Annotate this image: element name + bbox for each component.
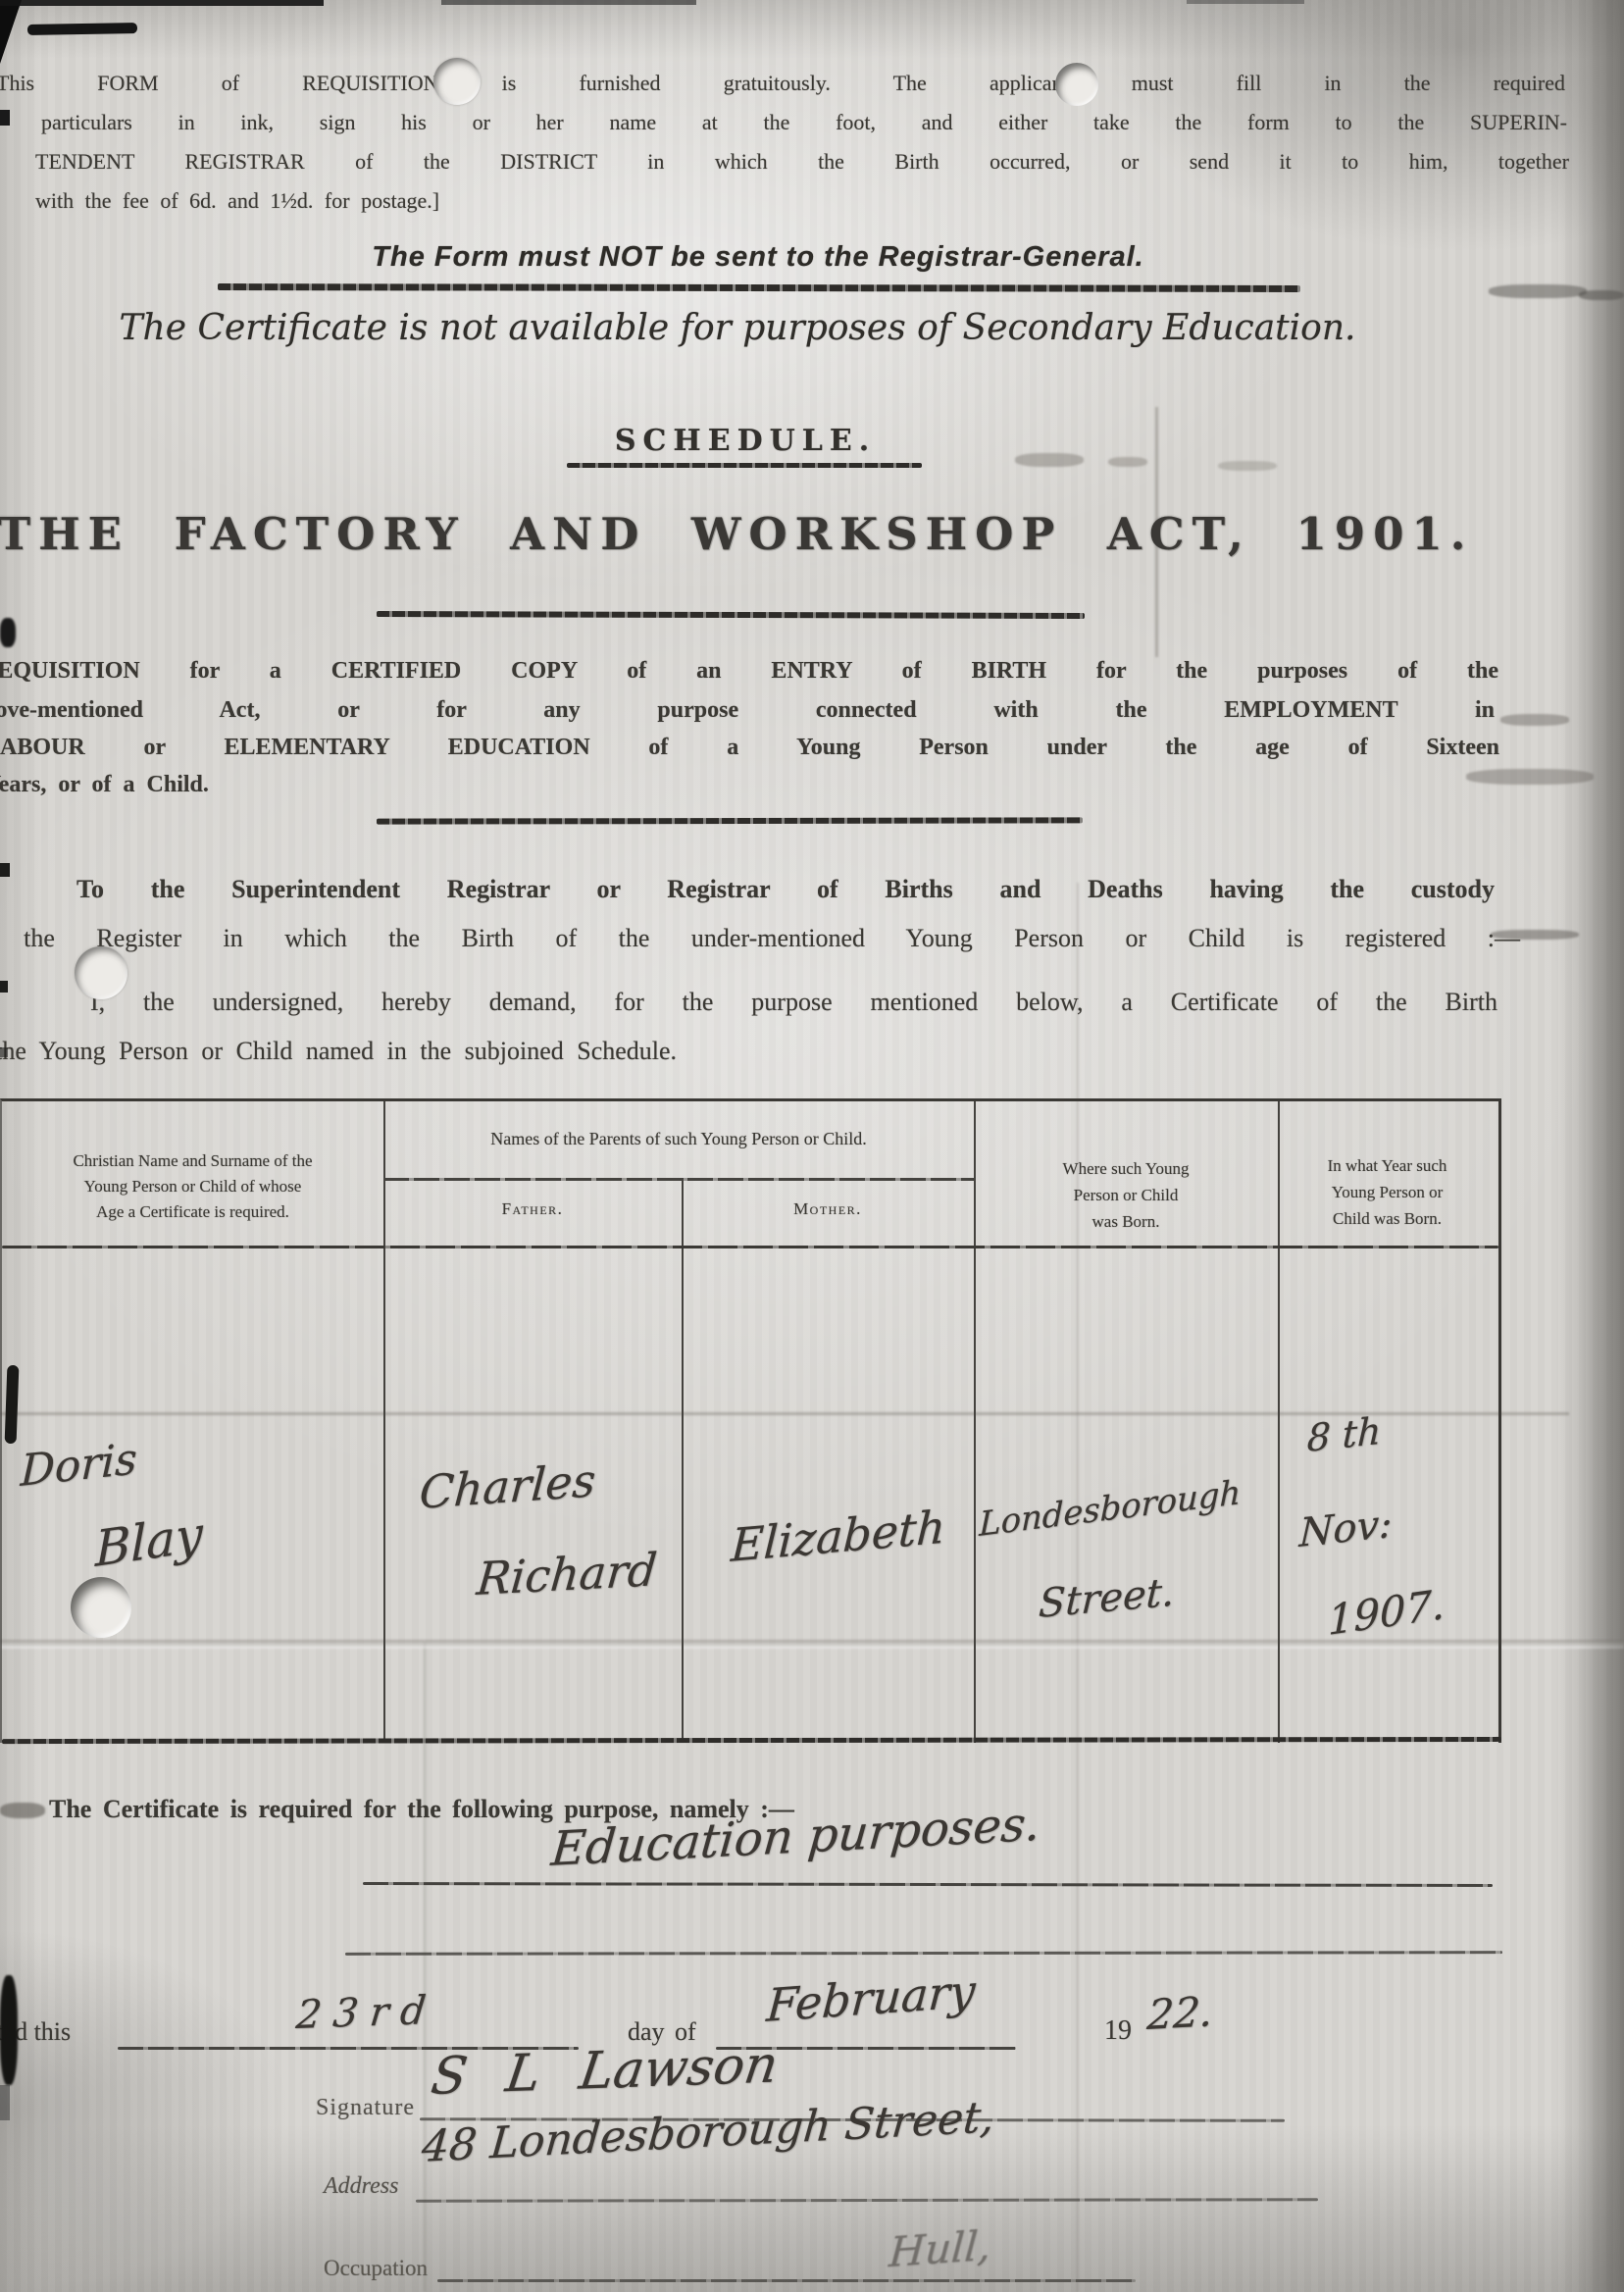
- entry-name-handwriting: Blay: [95, 1505, 203, 1578]
- edge-ink-mark: [0, 1047, 8, 1057]
- requisition-line: REQUISITION for a CERTIFIED COPY of an E…: [0, 655, 1498, 687]
- occupation-label: Occupation: [324, 2256, 428, 2281]
- table-column-divider: [682, 1178, 684, 1743]
- edge-ink-mark: [0, 863, 10, 877]
- purpose-ruled-line: [345, 1951, 1502, 1956]
- entry-name-handwriting: Doris: [20, 1434, 138, 1497]
- divider-rule: [377, 817, 1083, 824]
- toner-smudge: [1108, 457, 1147, 467]
- table-header-name-line: Age a Certificate is required.: [6, 1199, 380, 1225]
- parents-subheader-line: [383, 1178, 976, 1181]
- punch-hole: [433, 58, 481, 105]
- notice-line: particulars in ink, sign his or her name…: [41, 108, 1567, 137]
- table-column-divider: [383, 1101, 385, 1743]
- demand-line: I, the undersigned, hereby demand, for t…: [90, 986, 1497, 1019]
- entry-where-handwriting: Street.: [1038, 1570, 1176, 1627]
- address-label: Address: [324, 2173, 398, 2200]
- table-header-where-line: Where such Young: [974, 1155, 1278, 1182]
- entry-where-handwriting: Londesborough: [979, 1473, 1241, 1545]
- table-header-where-born: Where such Young Person or Child was Bor…: [974, 1155, 1278, 1235]
- entry-year-handwriting: Nov:: [1298, 1502, 1393, 1556]
- signature-label: Signature: [316, 2095, 415, 2121]
- month-value-handwriting: February: [765, 1964, 977, 2032]
- table-header-year-born: In what Year such Young Person or Child …: [1278, 1152, 1497, 1232]
- toner-smudge: [1489, 284, 1587, 298]
- year-value-handwriting: 22.: [1145, 1987, 1215, 2039]
- table-header-year-line: Child was Born.: [1278, 1205, 1497, 1232]
- punch-hole: [75, 946, 127, 999]
- availability-line: The Certificate is not available for pur…: [2, 308, 1473, 348]
- entry-year-handwriting: 8 th: [1306, 1409, 1382, 1460]
- notice-line: with the fee of 6d. and 1½d. for postage…: [35, 186, 722, 216]
- signature-value-handwriting: S L Lawson: [428, 2035, 782, 2107]
- demand-line: of the Young Person or Child named in th…: [0, 1035, 1040, 1068]
- table-header-year-line: Young Person or: [1278, 1179, 1497, 1205]
- scan-edge: [0, 0, 324, 6]
- address-city-handwriting: Hull,: [888, 2220, 992, 2276]
- table-header-parents-group: Names of the Parents of such Young Perso…: [383, 1129, 974, 1149]
- notice-line: This FORM of REQUISITION is furnished gr…: [0, 69, 1565, 98]
- table-header-where-line: was Born.: [974, 1208, 1278, 1235]
- entry-mother-handwriting: Elizabeth: [730, 1500, 946, 1572]
- notice-line: TENDENT REGISTRAR of the DISTRICT in whi…: [35, 147, 1569, 177]
- edge-ink-mark: [0, 110, 10, 126]
- requisition-line: Years, or of a Child.: [0, 769, 475, 800]
- address-ruled-line: [416, 2198, 1318, 2203]
- schedule-table: Christian Name and Surname of the Young …: [0, 1098, 1501, 1743]
- toner-smudge: [1466, 769, 1594, 785]
- table-header-name-line: Christian Name and Surname of the: [6, 1148, 380, 1174]
- table-header-name-line: Young Person or Child of whose: [6, 1174, 380, 1199]
- table-header-father: Father.: [383, 1199, 682, 1219]
- ink-bar-mark: [27, 23, 137, 35]
- scan-edge: [441, 0, 696, 5]
- toner-smudge: [1500, 714, 1569, 726]
- toner-smudge: [1218, 461, 1277, 471]
- table-header-mother: Mother.: [682, 1199, 974, 1219]
- punch-hole: [71, 1577, 131, 1638]
- edge-ink-mark: [0, 618, 16, 647]
- schedule-heading: SCHEDULE.: [402, 424, 1089, 458]
- edge-ink-blot: [0, 1975, 18, 2085]
- table-header-name: Christian Name and Surname of the Young …: [6, 1148, 380, 1225]
- warning-underline: [218, 283, 1300, 292]
- scan-corner-mark: [0, 0, 22, 64]
- entry-father-handwriting: Richard: [475, 1543, 659, 1605]
- edge-ink-mark: [0, 981, 8, 993]
- table-bottom-border: [2, 1737, 1501, 1744]
- warning-line: The Form must NOT be sent to the Registr…: [0, 241, 1516, 274]
- act-title: THE FACTORY AND WORKSHOP ACT, 1901.: [0, 508, 1500, 560]
- header-bottom-line: [2, 1246, 1498, 1248]
- divider-rule: [377, 611, 1085, 619]
- day-value-handwriting: 23rd: [294, 1988, 439, 2038]
- entry-year-handwriting: 1907.: [1328, 1580, 1445, 1645]
- scan-edge-band: [1581, 0, 1624, 2292]
- address-value-handwriting: 48 Londesborough Street,: [420, 2092, 996, 2172]
- purpose-ruled-line: [363, 1882, 1493, 1887]
- schedule-underline: [567, 463, 922, 468]
- scan-edge: [1187, 0, 1304, 4]
- year-printed: 19: [1104, 2015, 1132, 2047]
- toner-smudge: [0, 1803, 45, 1818]
- addressee-line: of the Register in which the Birth of th…: [0, 922, 1520, 955]
- table-header-year-line: In what Year such: [1278, 1152, 1497, 1179]
- punch-hole: [1055, 63, 1098, 106]
- occupation-ruled-line: [437, 2279, 1136, 2282]
- requisition-line: above-mentioned Act, or for any purpose …: [0, 694, 1495, 726]
- addressee-line: To the Superintendent Registrar or Regis…: [76, 873, 1495, 906]
- scanned-form-page: This FORM of REQUISITION is furnished gr…: [0, 0, 1624, 2292]
- requisition-line: LABOUR or ELEMENTARY EDUCATION of a Youn…: [0, 732, 1499, 763]
- entry-father-handwriting: Charles: [418, 1453, 597, 1519]
- table-header-where-line: Person or Child: [974, 1182, 1278, 1208]
- edge-ink-mark: [0, 2085, 10, 2120]
